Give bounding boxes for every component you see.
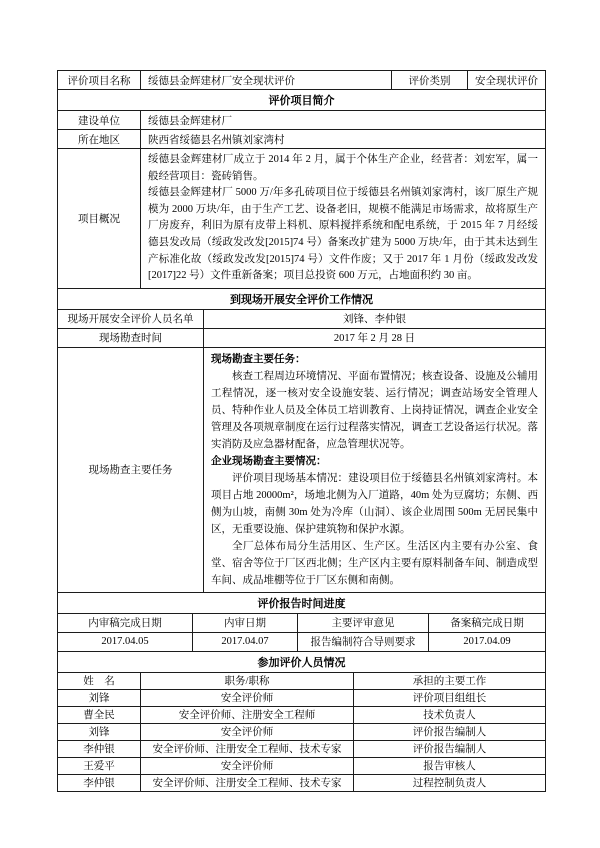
- site-staff-row: 现场开展安全评价人员名单 刘锋、李仲银: [58, 309, 546, 328]
- participant-name: 刘锋: [58, 689, 141, 706]
- participant-name: 李仲银: [58, 774, 141, 791]
- participants-col-name: 姓 名: [58, 672, 141, 689]
- participant-title: 安全评价师: [141, 757, 354, 774]
- intro-section-title: 评价项目简介: [58, 90, 546, 111]
- project-overview-label: 项目概况: [58, 149, 141, 289]
- participants-header-row: 参加评价人员情况: [58, 651, 546, 672]
- overview-paragraph-2: 绥德县金辉建材厂 5000 万/年多孔砖项目位于绥德县名州镇刘家湾村，该厂原生产…: [148, 185, 538, 285]
- intro-section-header-row: 评价项目简介: [58, 90, 546, 111]
- schedule-record-date: 2017.04.09: [429, 632, 546, 651]
- participant-work: 评价报告编制人: [354, 723, 546, 740]
- project-meta-row: 评价项目名称 绥德县金辉建材厂安全现状评价 评价类别 安全现状评价: [58, 71, 546, 90]
- evaluation-category-label: 评价类别: [392, 71, 468, 90]
- participant-title: 安全评价师、注册安全工程师、技术专家: [141, 774, 354, 791]
- overview-paragraph-1: 绥德县金辉建材厂成立于 2014 年 2 月，属于个体生产企业，经营者：刘宏军，…: [148, 152, 538, 185]
- participants-table: 参加评价人员情况 姓 名 职务/职称 承担的主要工作 刘锋 安全评价师 评价项目…: [57, 651, 546, 792]
- tasks-paragraph-1: 核查工程周边环境情况、平面布置情况；核查设备、设施及公辅用工程情况，逐一核对安全…: [211, 368, 538, 453]
- participant-title: 安全评价师、注册安全工程师、技术专家: [141, 740, 354, 757]
- tasks-heading-2: 企业现场勘查主要情况：: [211, 453, 538, 470]
- survey-date-value: 2017 年 2 月 28 日: [204, 328, 546, 347]
- schedule-review-date: 2017.04.07: [193, 632, 298, 651]
- location-label: 所在地区: [58, 130, 141, 149]
- participant-name: 曹全民: [58, 706, 141, 723]
- participant-title: 安全评价师: [141, 689, 354, 706]
- evaluation-report-form: 评价项目名称 绥德县金辉建材厂安全现状评价 评价类别 安全现状评价 评价项目简介…: [57, 70, 545, 792]
- participants-columns-row: 姓 名 职务/职称 承担的主要工作: [58, 672, 546, 689]
- participant-name: 李仲银: [58, 740, 141, 757]
- site-work-section-title: 到现场开展安全评价工作情况: [58, 288, 546, 309]
- schedule-header-row: 评价报告时间进度: [58, 592, 546, 613]
- location-value: 陕西省绥德县名州镇刘家湾村: [141, 130, 546, 149]
- schedule-values-row: 2017.04.05 2017.04.07 报告编制符合导则要求 2017.04…: [58, 632, 546, 651]
- participant-row: 李仲银 安全评价师、注册安全工程师、技术专家 评价报告编制人: [58, 740, 546, 757]
- tasks-paragraph-2: 评价项目现场基本情况：建设项目位于绥德县名州镇刘家湾村。本项目占地 20000m…: [211, 470, 538, 538]
- site-work-header-row: 到现场开展安全评价工作情况: [58, 288, 546, 309]
- project-name-value: 绥德县金辉建材厂安全现状评价: [141, 71, 392, 90]
- schedule-columns-row: 内审稿完成日期 内审日期 主要评审意见 备案稿完成日期: [58, 613, 546, 632]
- participant-row: 王爱平 安全评价师 报告审核人: [58, 757, 546, 774]
- site-staff-value: 刘锋、李仲银: [204, 309, 546, 328]
- participant-name: 刘锋: [58, 723, 141, 740]
- participant-row: 刘锋 安全评价师 评价报告编制人: [58, 723, 546, 740]
- builder-label: 建设单位: [58, 111, 141, 130]
- participant-work: 评价项目组组长: [354, 689, 546, 706]
- survey-date-label: 现场勘查时间: [58, 328, 204, 347]
- schedule-review-opinion: 报告编制符合导则要求: [298, 632, 429, 651]
- schedule-col-review-date: 内审日期: [193, 613, 298, 632]
- tasks-heading-1: 现场勘查主要任务：: [211, 351, 538, 368]
- site-work-table: 到现场开展安全评价工作情况 现场开展安全评价人员名单 刘锋、李仲银 现场勘查时间…: [57, 288, 546, 593]
- schedule-col-review-opinion: 主要评审意见: [298, 613, 429, 632]
- schedule-section-title: 评价报告时间进度: [58, 592, 546, 613]
- survey-tasks-text: 现场勘查主要任务： 核查工程周边环境情况、平面布置情况；核查设备、设施及公辅用工…: [204, 347, 546, 592]
- participants-col-title: 职务/职称: [141, 672, 354, 689]
- evaluation-category-value: 安全现状评价: [468, 71, 546, 90]
- participant-title: 安全评价师: [141, 723, 354, 740]
- survey-tasks-label: 现场勘查主要任务: [58, 347, 204, 592]
- project-intro-table: 评价项目名称 绥德县金辉建材厂安全现状评价 评价类别 安全现状评价 评价项目简介…: [57, 70, 546, 289]
- participant-work: 评价报告编制人: [354, 740, 546, 757]
- survey-tasks-row: 现场勘查主要任务 现场勘查主要任务： 核查工程周边环境情况、平面布置情况；核查设…: [58, 347, 546, 592]
- schedule-draft-date: 2017.04.05: [58, 632, 193, 651]
- participant-name: 王爱平: [58, 757, 141, 774]
- participant-row: 曹全民 安全评价师、注册安全工程师 技术负责人: [58, 706, 546, 723]
- project-overview-row: 项目概况 绥德县金辉建材厂成立于 2014 年 2 月，属于个体生产企业，经营者…: [58, 149, 546, 289]
- participants-col-work: 承担的主要工作: [354, 672, 546, 689]
- location-row: 所在地区 陕西省绥德县名州镇刘家湾村: [58, 130, 546, 149]
- participant-work: 过程控制负责人: [354, 774, 546, 791]
- schedule-col-record-date: 备案稿完成日期: [429, 613, 546, 632]
- participant-work: 报告审核人: [354, 757, 546, 774]
- tasks-paragraph-3: 全厂总体布局分生活用区、生产区。生活区内主要有办公室、食堂、宿舍等位于厂区西北侧…: [211, 538, 538, 589]
- project-overview-text: 绥德县金辉建材厂成立于 2014 年 2 月，属于个体生产企业，经营者：刘宏军，…: [141, 149, 546, 289]
- participant-row: 李仲银 安全评价师、注册安全工程师、技术专家 过程控制负责人: [58, 774, 546, 791]
- participants-section-title: 参加评价人员情况: [58, 651, 546, 672]
- participant-work: 技术负责人: [354, 706, 546, 723]
- participant-row: 刘锋 安全评价师 评价项目组组长: [58, 689, 546, 706]
- schedule-col-draft-date: 内审稿完成日期: [58, 613, 193, 632]
- builder-row: 建设单位 绥德县金辉建材厂: [58, 111, 546, 130]
- participant-title: 安全评价师、注册安全工程师: [141, 706, 354, 723]
- site-staff-label: 现场开展安全评价人员名单: [58, 309, 204, 328]
- survey-date-row: 现场勘查时间 2017 年 2 月 28 日: [58, 328, 546, 347]
- project-name-label: 评价项目名称: [58, 71, 141, 90]
- report-schedule-table: 评价报告时间进度 内审稿完成日期 内审日期 主要评审意见 备案稿完成日期 201…: [57, 592, 546, 652]
- builder-value: 绥德县金辉建材厂: [141, 111, 546, 130]
